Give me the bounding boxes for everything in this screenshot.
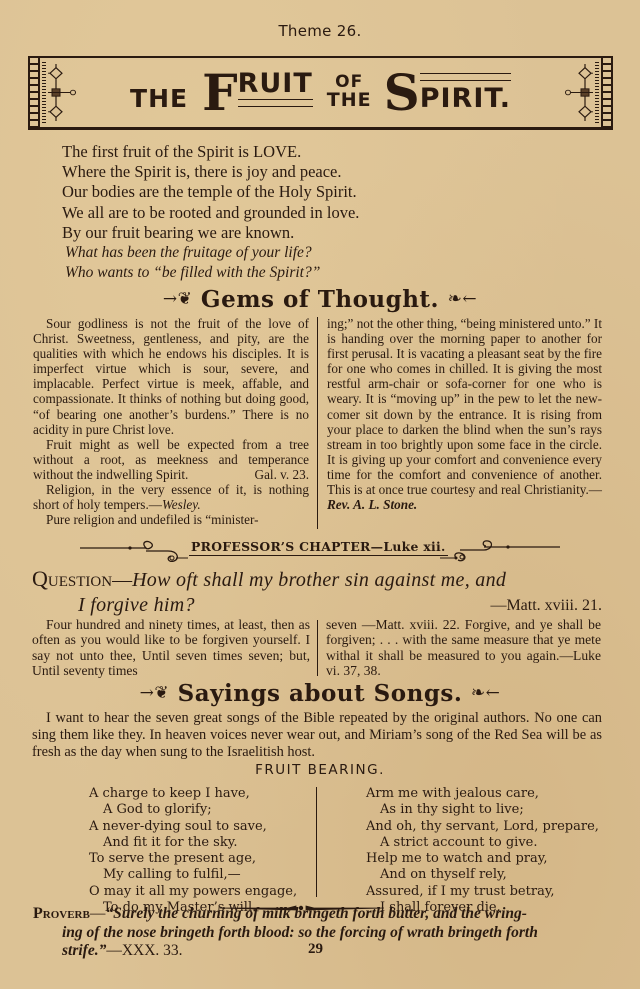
dash: — (112, 569, 132, 591)
answer-text: seven —Matt. xviii. 22. Forgive, and ye … (326, 617, 601, 678)
gems-paragraph-text: ing;” not the other thing, “being minist… (327, 316, 602, 497)
title-word-fruit: RUIT (238, 68, 313, 105)
theme-label: Theme 26. (0, 22, 640, 40)
question-text: I forgive him? (78, 594, 195, 616)
gems-column-left: Sour godliness is not the fruit of the l… (33, 316, 309, 527)
page-number: 29 (308, 941, 323, 958)
scripture-ref: —Matt. xviii. 21. (490, 593, 602, 618)
answer-column-right: seven —Matt. xviii. 22. Forgive, and ye … (326, 617, 601, 678)
gems-paragraph: Pure religion and undefiled is “minister… (33, 512, 309, 527)
hymn-line: And oh, thy servant, Lord, prepare, (366, 819, 606, 835)
column-divider (317, 317, 318, 529)
hymn-line: And on thyself rely, (366, 867, 606, 883)
title-word-the-2: THE (327, 91, 372, 111)
proverb-lead: Proverb (33, 905, 90, 922)
proverb-line-2: ing of the nose bringeth forth blood: so… (33, 924, 608, 943)
column-divider (317, 620, 318, 676)
hymn-line: Help me to watch and pray, (366, 851, 606, 867)
hymn-line: A strict account to give. (366, 835, 606, 851)
gems-paragraph: ing;” not the other thing, “being minist… (327, 316, 602, 512)
sayings-heading-text: Sayings about Songs. (178, 680, 463, 707)
proverb-line-1: Proverb—“Surely the churning of milk bri… (33, 905, 608, 924)
flourish-right-icon: ❧← (471, 683, 501, 703)
proverb-text: “Surely the churning of milk bringeth fo… (105, 905, 527, 922)
hymn-line: And fit it for the sky. (89, 835, 319, 851)
sayings-text: I want to hear the seven great songs of … (32, 710, 602, 761)
gems-paragraph: Sour godliness is not the fruit of the l… (33, 316, 309, 437)
hymn-title: FRUIT BEARING. (0, 762, 640, 778)
title-of-the: OF THE (327, 74, 372, 112)
title-banner: THE F RUIT OF THE S PIRIT. (28, 56, 613, 130)
sayings-heading: →❦ Sayings about Songs. ❧← (0, 680, 640, 707)
question-text: How oft shall my brother sin against me,… (132, 569, 506, 591)
gems-heading-text: Gems of Thought. (201, 286, 439, 313)
proverb-text: strife.” (62, 942, 106, 959)
intro-line: By our fruit bearing we are known. (62, 223, 582, 243)
sayings-paragraph: I want to hear the seven great songs of … (32, 710, 602, 761)
hymn-line: O may it all my powers engage, (89, 884, 319, 900)
scripture-ref: Gal. v. 23. (242, 467, 309, 482)
hymn-line: A God to glorify; (89, 802, 319, 818)
question-line-1: Question—How oft shall my brother sin ag… (32, 566, 602, 593)
flourish-left-icon: →❦ (163, 289, 193, 309)
intro-statements: The first fruit of the Spirit is LOVE. W… (62, 142, 582, 283)
intro-line: The first fruit of the Spirit is LOVE. (62, 142, 582, 162)
page-title: THE F RUIT OF THE S PIRIT. (28, 58, 613, 127)
hymn-line: Arm me with jealous care, (366, 786, 606, 802)
intro-question: Who wants to “be filled with the Spirit?… (62, 263, 582, 283)
hymn-line: My calling to fulfil,— (89, 867, 319, 883)
flourish-left-icon: →❦ (140, 683, 170, 703)
intro-question: What has been the fruitage of your life? (62, 243, 582, 263)
gems-heading: →❦ Gems of Thought. ❧← (0, 286, 640, 313)
intro-line: We all are to be rooted and grounded in … (62, 203, 582, 223)
title-word-the: THE (130, 84, 188, 113)
intro-line: Where the Spirit is, there is joy and pe… (62, 162, 582, 182)
intro-line: Our bodies are the temple of the Holy Sp… (62, 182, 582, 202)
dash: — (90, 905, 106, 922)
author: Wesley. (162, 497, 201, 512)
gems-paragraph: Religion, in the very essence of it, is … (33, 482, 309, 512)
book-page: Theme 26. (0, 0, 640, 989)
professors-chapter-label: PROFESSOR’S CHAPTER—Luke xii. (189, 539, 448, 556)
answer-text: Four hundred and ninety times, at least,… (32, 617, 310, 678)
author: Rev. A. L. Stone. (327, 497, 417, 512)
question-line-2: I forgive him?—Matt. xviii. 21. (32, 593, 602, 618)
question-block: Question—How oft shall my brother sin ag… (32, 566, 602, 618)
hymn-verse-right: Arm me with jealous care, As in thy sigh… (366, 786, 606, 916)
question-lead: Question (32, 566, 112, 591)
hymn-line: A never-dying soul to save, (89, 819, 319, 835)
flourish-right-icon: ❧← (448, 289, 478, 309)
column-divider (316, 787, 317, 897)
title-word-spirit: PIRIT. (420, 83, 511, 114)
scripture-ref: —XXX. 33. (106, 942, 182, 959)
answer-column-left: Four hundred and ninety times, at least,… (32, 617, 310, 678)
proverb-text: ing of the nose bringeth forth blood: so… (62, 924, 538, 941)
gems-column-right: ing;” not the other thing, “being minist… (327, 316, 602, 512)
title-initial-s: S (384, 68, 420, 118)
hymn-line: To serve the present age, (89, 851, 319, 867)
professors-chapter-divider: PROFESSOR’S CHAPTER—Luke xii. (80, 533, 560, 567)
gems-paragraph: Fruit might as well be expected from a t… (33, 437, 309, 482)
hymn-line: Assured, if I my trust betray, (366, 884, 606, 900)
hymn-line: A charge to keep I have, (89, 786, 319, 802)
title-initial-f: F (202, 68, 238, 118)
hymn-line: As in thy sight to live; (366, 802, 606, 818)
hymn-verse-left: A charge to keep I have, A God to glorif… (89, 786, 319, 916)
